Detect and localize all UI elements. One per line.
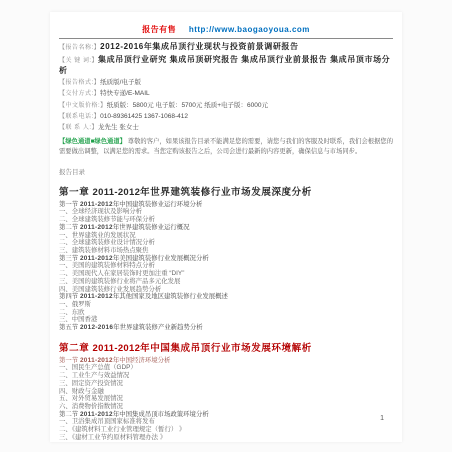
toc-line: 三、建筑装修材料市场热点聚焦 <box>59 247 393 255</box>
toc-line: 一、国民生产总值（GDP） <box>59 364 393 372</box>
toc-line: 二、《建筑材料工业行业管理规定（暂行） 》 <box>59 426 393 434</box>
toc-line: 三、美国的建筑装修行业将产品多元化发展 <box>59 278 393 286</box>
toc-line: 二、工业生产与效益情况 <box>59 372 393 380</box>
info-label: 【中文版价格:】 <box>59 103 107 109</box>
toc-label: 报告目录 <box>59 167 393 176</box>
info-value: 纸质版/电子版 <box>100 79 141 86</box>
toc-line: 六、消费物价指数情况 <box>59 403 393 411</box>
info-label: 【报告名称:】 <box>59 45 100 51</box>
info-label: 【联 系 人:】 <box>59 125 98 131</box>
info-value: 纸质版：5800元 电子版：5700元 纸质+电子版：6000元 <box>107 102 268 109</box>
page-header: 报告有售 http://www.baogaoyoua.com <box>59 24 393 39</box>
info-block: 【报告名称:】2012-2016年集成吊顶行业现状与投资前景调研报告【关 键 词… <box>59 42 393 133</box>
document-canvas: { "header": { "brand": "报告有售", "url": "h… <box>0 0 452 452</box>
toc-line: 一、俄罗斯 <box>59 301 393 309</box>
toc-line: 三、中国香港 <box>59 316 393 324</box>
info-row: 【交付方式:】特快专递/E-MAIL <box>59 90 393 99</box>
toc-line: 三、《建材工业节约原材料管理办法 》 <box>59 434 393 442</box>
info-row: 【报告名称:】2012-2016年集成吊顶行业现状与投资前景调研报告 <box>59 42 393 53</box>
toc-line: 第五节 2012-2016年世界建筑装修产业新趋势分析 <box>59 324 393 332</box>
info-label: 【报告格式:】 <box>59 80 100 86</box>
info-row: 【关 键 词:】集成吊顶行业研究 集成吊顶研究报告 集成吊顶行业前景报告 集成吊… <box>59 55 393 76</box>
info-value: 2012-2016年集成吊顶行业现状与投资前景调研报告 <box>100 42 298 51</box>
info-value: 集成吊顶行业研究 集成吊顶研究报告 集成吊顶行业前景报告 集成吊顶市场分析 <box>59 55 390 75</box>
info-value: 010-89361425 1367-1068-412 <box>100 113 188 120</box>
toc-line: 三、固定资产投资情况 <box>59 380 393 388</box>
toc-line: 二、美国现代人在家居装饰时更加注重 “DIY” <box>59 270 393 278</box>
toc-chapter: 第一章 2011-2012年世界建筑装修行业市场发展深度分析第一节 2011-2… <box>59 184 393 332</box>
report-page: 报告有售 http://www.baogaoyoua.com 【报告名称:】20… <box>50 12 402 442</box>
toc-line: 一、卫浴集成吊顶国家标准将发布 <box>59 418 393 426</box>
toc-line: 第二节 2011-2012年世界建筑装修业运行概况 <box>59 224 393 232</box>
info-row: 【联系电话:】010-89361425 1367-1068-412 <box>59 113 393 122</box>
page-number: 1 <box>380 415 384 422</box>
toc: 第一章 2011-2012年世界建筑装修行业市场发展深度分析第一节 2011-2… <box>59 184 393 442</box>
toc-line: 第四节 2011-2012年其他国家及地区建筑装修行业发展概述 <box>59 293 393 301</box>
info-value: 龙先生 张女士 <box>98 124 139 131</box>
toc-line: 二、全球建筑装修节能与环保分析 <box>59 216 393 224</box>
info-label: 【交付方式:】 <box>59 91 100 97</box>
info-value: 特快专递/E-MAIL <box>100 90 149 97</box>
info-row: 【报告格式:】纸质版/电子版 <box>59 79 393 88</box>
toc-line: 二、全球建筑装修业设计情况分析 <box>59 239 393 247</box>
info-row: 【中文版价格:】纸质版：5800元 电子版：5700元 纸质+电子版：6000元 <box>59 102 393 111</box>
toc-line: 二、东欧 <box>59 309 393 317</box>
vendor-brand-text: 报告有售 <box>142 25 176 34</box>
info-row: 【联 系 人:】龙先生 张女士 <box>59 124 393 133</box>
toc-line: 一、美国的建筑装修材料特点分析 <box>59 262 393 270</box>
chapter-title: 第二章 2011-2012年中国集成吊顶行业市场发展环境解析 <box>59 340 393 354</box>
vendor-url-link[interactable]: http://www.baogaoyoua.com <box>189 25 310 34</box>
toc-chapter: 第二章 2011-2012年中国集成吊顶行业市场发展环境解析第一节 2011-2… <box>59 340 393 442</box>
green-channel-note: 【绿色通道■绿色通道】 尊敬的客户，如果该报告目录不能满足您的需要，请您与我们的… <box>59 137 393 158</box>
chapter-title: 第一章 2011-2012年世界建筑装修行业市场发展深度分析 <box>59 184 393 198</box>
toc-line: 五、对外贸易发展情况 <box>59 395 393 403</box>
green-channel-label: 【绿色通道■绿色通道】 <box>59 138 126 145</box>
info-label: 【关 键 词:】 <box>59 58 98 64</box>
info-label: 【联系电话:】 <box>59 114 100 120</box>
